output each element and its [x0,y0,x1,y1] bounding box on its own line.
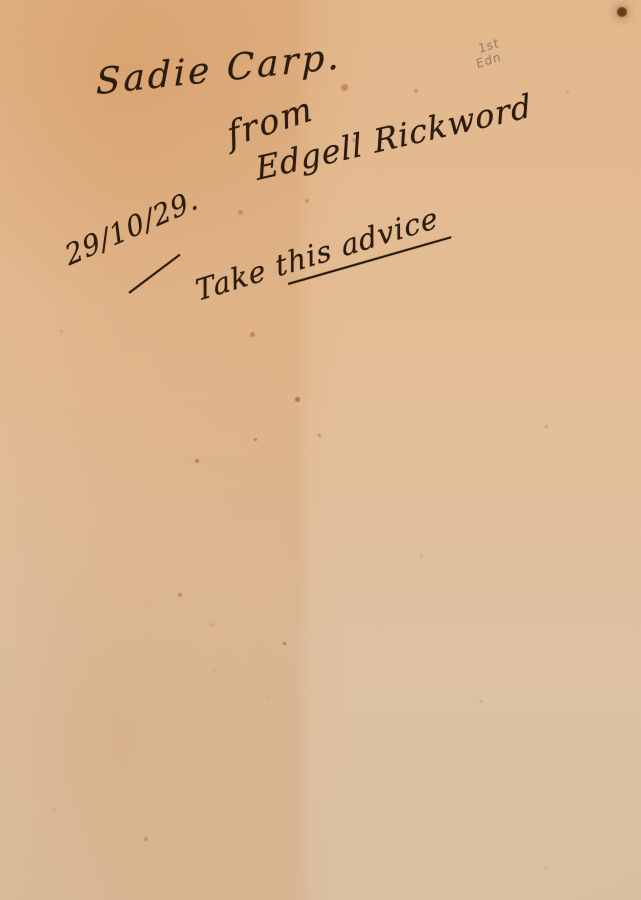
foxing-spot [53,808,56,811]
foxing-spot [305,199,309,203]
foxing-spot [566,90,569,93]
foxing-spot [178,593,182,597]
foxing-spot [295,397,300,402]
foxing-spot [267,697,270,700]
foxing-spot [480,700,483,703]
foxing-spot [283,642,286,645]
foxing-spot [341,84,348,91]
foxing-spot [420,555,423,558]
foxing-spot [254,438,257,441]
foxing-spot [210,623,214,627]
foxing-spot [545,425,548,428]
foxing-spot [414,89,418,93]
foxing-spot [545,867,548,870]
foxing-spot [318,434,321,437]
foxing-spot [195,459,199,463]
foxing-spot [617,7,627,17]
endpaper-photo: Sadie Carp. from Edgell Rickword 29/10/2… [0,0,641,900]
foxing-spot [144,837,148,841]
foxing-spot [238,210,243,215]
foxing-spot [250,332,255,337]
foxing-spot [212,669,215,672]
foxing-spot [60,330,63,333]
